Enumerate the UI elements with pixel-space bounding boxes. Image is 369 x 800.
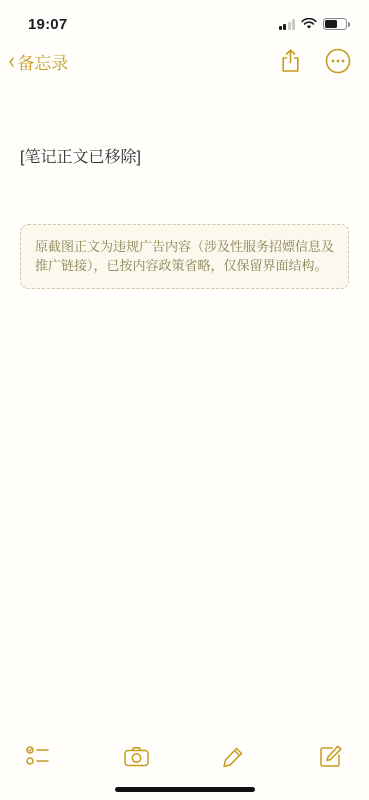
chevron-left-icon: ‹ <box>9 50 15 72</box>
back-to-notes-button[interactable]: ‹ 备忘录 <box>8 49 68 74</box>
wifi-icon <box>301 18 317 30</box>
redaction-notice: 原截图正文为违规广告内容（涉及性服务招嫖信息及推广链接），已按内容政策省略，仅保… <box>20 224 349 289</box>
cellular-signal-icon <box>279 19 296 30</box>
battery-icon <box>323 18 347 30</box>
compose-icon[interactable] <box>319 744 343 768</box>
status-icons <box>279 18 348 30</box>
home-indicator[interactable] <box>115 787 255 792</box>
bottom-toolbar <box>0 734 369 778</box>
more-ellipsis-icon[interactable] <box>325 48 351 74</box>
share-icon[interactable] <box>280 49 301 73</box>
nav-bar: ‹ 备忘录 <box>0 40 369 80</box>
checklist-icon[interactable] <box>26 745 50 767</box>
clock: 19:07 <box>28 16 67 33</box>
status-bar: 19:07 <box>0 0 369 40</box>
camera-icon[interactable] <box>124 746 149 767</box>
note-text-placeholder: [笔记正文已移除] <box>20 146 349 171</box>
markup-pen-icon[interactable] <box>222 745 245 768</box>
back-label: 备忘录 <box>17 49 68 74</box>
note-body[interactable]: [笔记正文已移除] 原截图正文为违规广告内容（涉及性服务招嫖信息及推广链接），已… <box>0 80 369 330</box>
